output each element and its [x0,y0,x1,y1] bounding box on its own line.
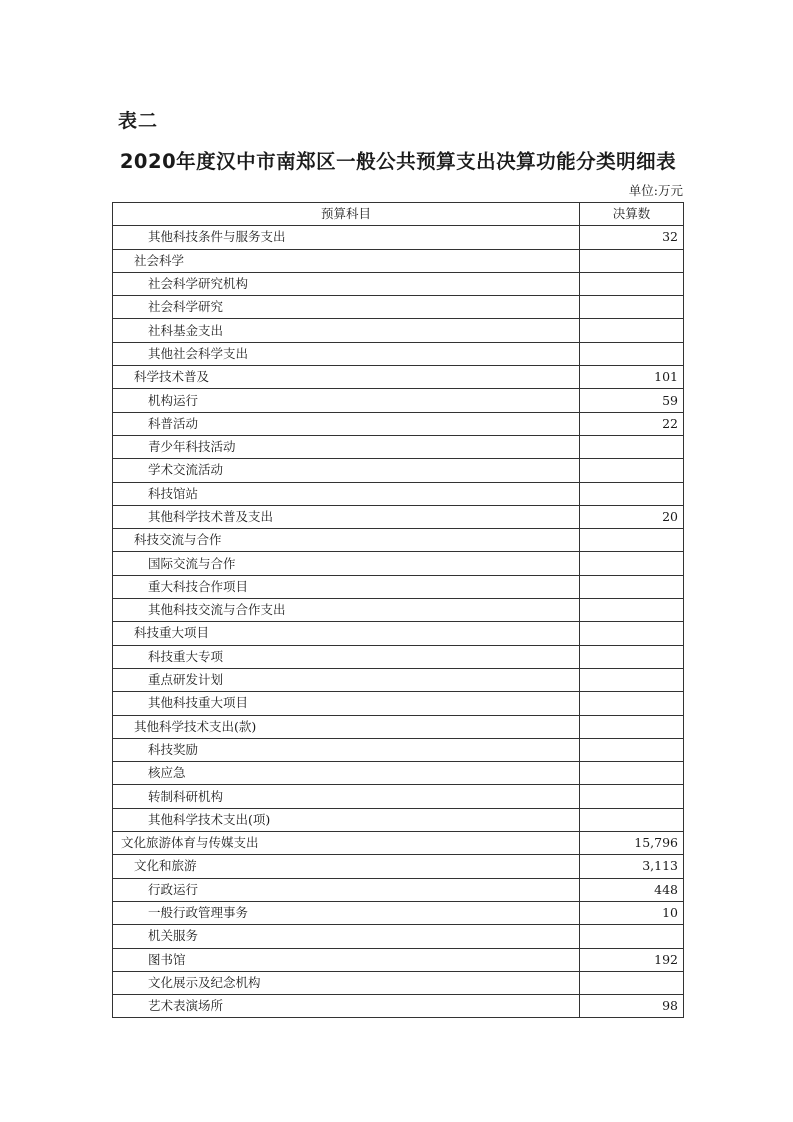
row-item-name: 艺术表演场所 [113,995,580,1018]
row-item-value: 448 [580,878,684,901]
row-item-name: 国际交流与合作 [113,552,580,575]
row-item-name: 其他科学技术支出(款) [113,715,580,738]
table-row: 科学技术普及101 [113,366,684,389]
row-item-name: 科技重大专项 [113,645,580,668]
row-item-name: 其他社会科学支出 [113,342,580,365]
table-body: 其他科技条件与服务支出32社会科学社会科学研究机构社会科学研究社科基金支出其他社… [113,226,684,1018]
table-row: 社会科学研究 [113,296,684,319]
row-item-name: 科技馆站 [113,482,580,505]
row-item-value [580,668,684,691]
row-item-name: 文化展示及纪念机构 [113,971,580,994]
table-row: 科技重大专项 [113,645,684,668]
row-item-name: 其他科学技术支出(项) [113,808,580,831]
row-item-name: 重点研发计划 [113,668,580,691]
table-row: 其他科学技术支出(款) [113,715,684,738]
row-item-value [580,272,684,295]
row-item-value: 15,796 [580,832,684,855]
table-label: 表二 [118,106,158,133]
table-row: 一般行政管理事务10 [113,901,684,924]
row-item-name: 社会科学研究机构 [113,272,580,295]
table-row: 科技交流与合作 [113,529,684,552]
row-item-value: 192 [580,948,684,971]
table-row: 文化展示及纪念机构 [113,971,684,994]
row-item-name: 科技奖励 [113,738,580,761]
row-item-value [580,925,684,948]
row-item-value [580,552,684,575]
table-row: 机构运行59 [113,389,684,412]
row-item-name: 机构运行 [113,389,580,412]
row-item-value [580,645,684,668]
table-row: 机关服务 [113,925,684,948]
table-row: 文化旅游体育与传媒支出15,796 [113,832,684,855]
row-item-value [580,435,684,458]
row-item-name: 科学技术普及 [113,366,580,389]
row-item-name: 科普活动 [113,412,580,435]
table-row: 其他社会科学支出 [113,342,684,365]
table-row: 科普活动22 [113,412,684,435]
row-item-value [580,715,684,738]
row-item-name: 文化旅游体育与传媒支出 [113,832,580,855]
row-item-name: 文化和旅游 [113,855,580,878]
row-item-value: 22 [580,412,684,435]
row-item-value: 101 [580,366,684,389]
page-title: 2020年度汉中市南郑区一般公共预算支出决算功能分类明细表 [112,146,684,174]
row-item-name: 社会科学 [113,249,580,272]
table-row: 文化和旅游3,113 [113,855,684,878]
table-row: 重大科技合作项目 [113,575,684,598]
row-item-value: 3,113 [580,855,684,878]
row-item-value [580,808,684,831]
table-row: 学术交流活动 [113,459,684,482]
row-item-name: 其他科学技术普及支出 [113,505,580,528]
table-row: 国际交流与合作 [113,552,684,575]
row-item-value [580,599,684,622]
table-row: 青少年科技活动 [113,435,684,458]
table-row: 其他科技重大项目 [113,692,684,715]
budget-table: 预算科目 决算数 其他科技条件与服务支出32社会科学社会科学研究机构社会科学研究… [112,202,684,1018]
row-item-value [580,296,684,319]
table-row: 社科基金支出 [113,319,684,342]
row-item-name: 其他科技条件与服务支出 [113,226,580,249]
table-header-row: 预算科目 决算数 [113,203,684,226]
row-item-value [580,342,684,365]
table-row: 其他科学技术普及支出20 [113,505,684,528]
row-item-name: 科技交流与合作 [113,529,580,552]
row-item-name: 一般行政管理事务 [113,901,580,924]
header-final-amount: 决算数 [580,203,684,226]
row-item-name: 社科基金支出 [113,319,580,342]
row-item-name: 行政运行 [113,878,580,901]
unit-note: 单位:万元 [629,181,683,199]
table-row: 社会科学 [113,249,684,272]
table-row: 其他科学技术支出(项) [113,808,684,831]
row-item-value: 32 [580,226,684,249]
row-item-value: 10 [580,901,684,924]
row-item-value [580,785,684,808]
row-item-value: 59 [580,389,684,412]
row-item-name: 重大科技合作项目 [113,575,580,598]
row-item-name: 转制科研机构 [113,785,580,808]
row-item-value: 98 [580,995,684,1018]
header-budget-item: 预算科目 [113,203,580,226]
table-row: 科技馆站 [113,482,684,505]
table-row: 图书馆192 [113,948,684,971]
row-item-value [580,459,684,482]
row-item-name: 其他科技重大项目 [113,692,580,715]
row-item-name: 其他科技交流与合作支出 [113,599,580,622]
row-item-value [580,762,684,785]
row-item-name: 学术交流活动 [113,459,580,482]
row-item-value [580,482,684,505]
table-row: 科技奖励 [113,738,684,761]
row-item-value [580,738,684,761]
table-row: 重点研发计划 [113,668,684,691]
row-item-value [580,575,684,598]
table-row: 行政运行448 [113,878,684,901]
row-item-name: 图书馆 [113,948,580,971]
row-item-value [580,971,684,994]
row-item-name: 科技重大项目 [113,622,580,645]
row-item-name: 核应急 [113,762,580,785]
row-item-value [580,249,684,272]
table-row: 核应急 [113,762,684,785]
table-row: 其他科技条件与服务支出32 [113,226,684,249]
table-row: 艺术表演场所98 [113,995,684,1018]
table-row: 转制科研机构 [113,785,684,808]
table-row: 社会科学研究机构 [113,272,684,295]
row-item-value [580,529,684,552]
row-item-name: 社会科学研究 [113,296,580,319]
table-row: 科技重大项目 [113,622,684,645]
row-item-name: 机关服务 [113,925,580,948]
row-item-value: 20 [580,505,684,528]
row-item-value [580,692,684,715]
row-item-value [580,319,684,342]
row-item-name: 青少年科技活动 [113,435,580,458]
table-row: 其他科技交流与合作支出 [113,599,684,622]
row-item-value [580,622,684,645]
